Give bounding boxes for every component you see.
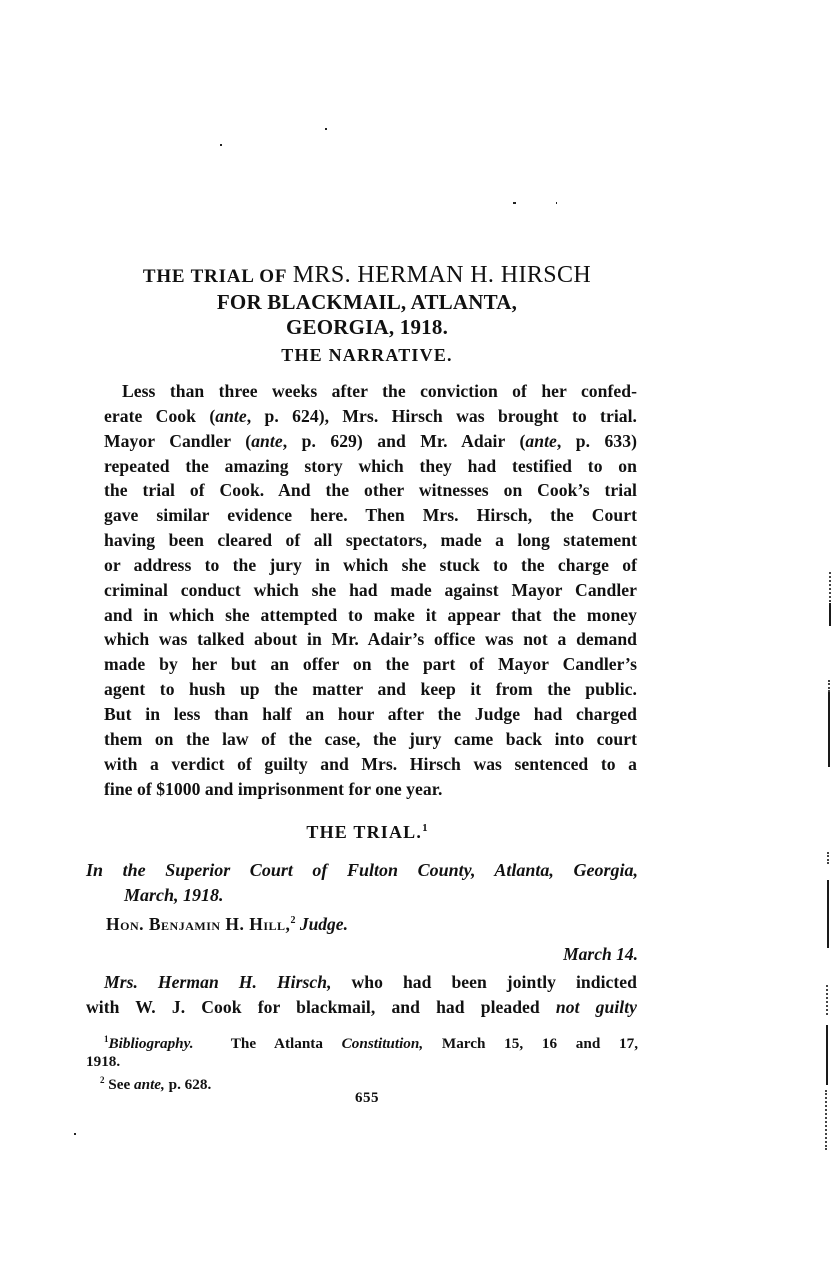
narrative-line: gave similar evidence here. Then Mrs. Hi… [104,503,637,528]
judge-title: Judge. [300,914,348,934]
scan-edge-dots [825,1090,828,1150]
narrative-line: with a verdict of guilty and Mrs. Hirsch… [104,752,637,777]
judge-name: Hon. Benjamin H. Hill, [106,914,290,934]
narrative-line: and in which she attempted to make it ap… [104,603,637,628]
narrative-line: But in less than half an hour after the … [104,702,637,727]
narrative-line: having been cleared of all spectators, m… [104,528,637,553]
narrative-line: Mayor Candler (ante, p. 629) and Mr. Ada… [104,429,637,454]
scan-speck [556,202,557,204]
footnote-ref-2[interactable]: 2 [290,915,295,926]
footnote-1-continuation: 1918. [86,1053,638,1071]
scan-speck [325,128,327,130]
scan-edge-line [828,692,830,767]
chapter-title-line-1: THE TRIAL OF MRS. HERMAN H. HIRSCH [92,262,642,289]
footnote-1: 1Bibliography. The Atlanta Constitution,… [86,1030,638,1053]
scan-speck [74,1133,76,1135]
scan-edge-dots [828,680,831,692]
narrative-heading: THE NARRATIVE. [92,345,642,366]
title-defendant-name: MRS. HERMAN H. HIRSCH [293,262,591,288]
narrative-line: fine of $1000 and imprisonment for one y… [104,777,637,802]
page-number: 655 [92,1090,642,1107]
judge-line: Hon. Benjamin H. Hill,2 Judge. [106,914,348,935]
defendant-name: Mrs. Herman H. Hirsch, [104,972,332,992]
scan-speck [220,144,222,146]
intro-line: Mrs. Herman H. Hirsch, who had been join… [86,970,637,995]
scan-edge-line [826,1025,828,1085]
scan-edge-dots [829,572,832,602]
trial-heading: THE TRIAL.1 [92,822,642,843]
chapter-title-line-2: FOR BLACKMAIL, ATLANTA, [92,290,642,315]
footnote-ref-1[interactable]: 1 [422,822,428,834]
narrative-line: or address to the jury in which she stuc… [104,553,637,578]
title-prefix: THE TRIAL OF [143,266,287,287]
scan-edge-dots [827,852,830,864]
narrative-line: them on the law of the case, the jury ca… [104,727,637,752]
narrative-line: criminal conduct which she had made agai… [104,578,637,603]
intro-line: with W. J. Cook for blackmail, and had p… [86,995,637,1020]
narrative-line: agent to hush up the matter and keep it … [104,677,637,702]
court-designation: In the Superior Court of Fulton County, … [86,858,638,908]
chapter-title-line-3: GEORGIA, 1918. [92,315,642,340]
court-line-1: In the Superior Court of Fulton County, … [86,858,638,883]
narrative-paragraph: Less than three weeks after the convicti… [104,379,637,801]
narrative-line: erate Cook (ante, p. 624), Mrs. Hirsch w… [104,404,637,429]
footnotes: 1Bibliography. The Atlanta Constitution,… [86,1030,638,1094]
narrative-line: Less than three weeks after the convicti… [104,379,637,404]
scan-edge-dots [826,985,829,1015]
session-date: March 14. [563,944,638,965]
trial-intro-paragraph: Mrs. Herman H. Hirsch, who had been join… [86,970,637,1020]
narrative-line: repeated the amazing story which they ha… [104,454,637,479]
narrative-line: which was talked about in Mr. Adair’s of… [104,627,637,652]
narrative-line: the trial of Cook. And the other witness… [104,478,637,503]
court-line-2: March, 1918. [86,883,638,908]
scan-edge-line [829,603,831,626]
scan-edge-line [827,880,829,948]
narrative-line: made by her but an offer on the part of … [104,652,637,677]
scan-speck [513,202,516,204]
